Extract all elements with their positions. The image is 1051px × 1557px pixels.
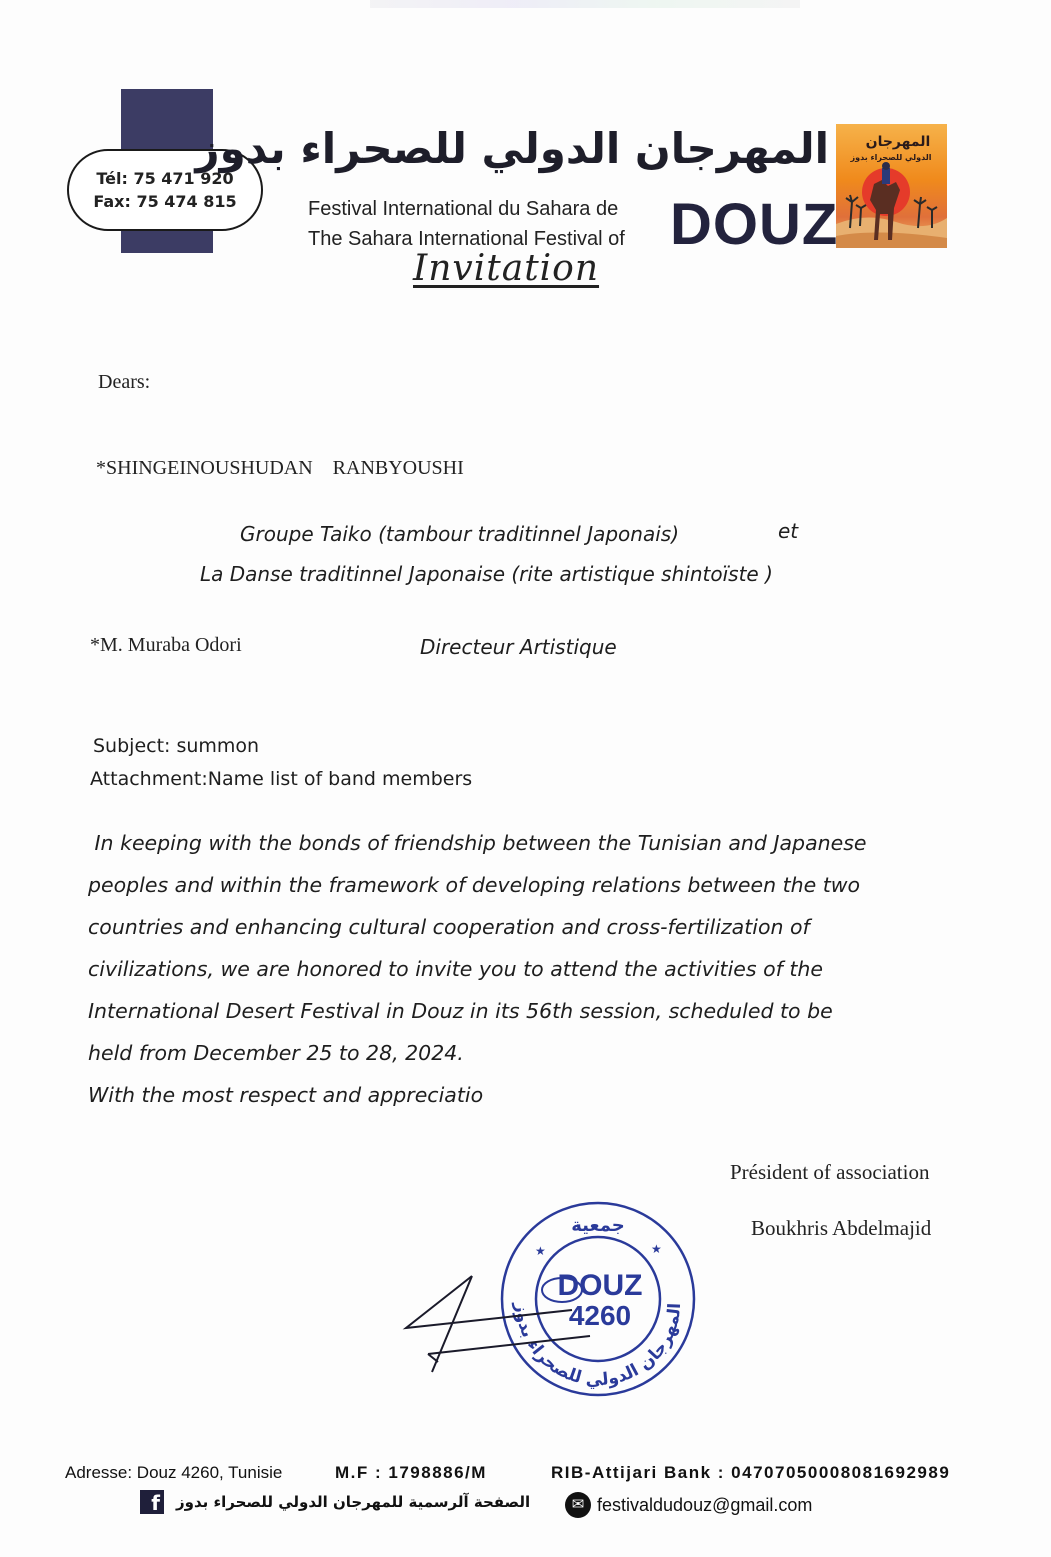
- person-name: *M. Muraba Odori: [90, 634, 242, 657]
- group-description-2: La Danse traditinnel Japonaise (rite art…: [200, 562, 773, 586]
- envelope-icon: ✉: [565, 1492, 591, 1518]
- signature-scribble-icon: [402, 1270, 602, 1380]
- body-line: In keeping with the bonds of friendship …: [88, 822, 958, 864]
- body-line: held from December 25 to 28, 2024.: [88, 1032, 958, 1074]
- email-address[interactable]: festivaldudouz@gmail.com: [597, 1495, 812, 1516]
- invitation-body: In keeping with the bonds of friendship …: [88, 822, 958, 1116]
- festival-logo: المهرجان الدولي للصحراء بدوز: [836, 124, 947, 248]
- stamp-star-icon: ★: [651, 1242, 662, 1256]
- handwritten-signature: [402, 1270, 602, 1384]
- french-festival-title: Festival International du Sahara de: [308, 198, 618, 221]
- body-line: civilizations, we are honored to invite …: [88, 948, 958, 990]
- body-line: With the most respect and appreciatio: [88, 1074, 958, 1116]
- subject-line: Subject: summon: [93, 735, 259, 757]
- douz-brand: DOUZ: [670, 196, 838, 254]
- salutation: Dears:: [98, 371, 150, 394]
- camel-desert-logo-icon: المهرجان الدولي للصحراء بدوز: [836, 124, 947, 248]
- svg-text:الدولي للصحراء بدوز: الدولي للصحراء بدوز: [850, 153, 932, 162]
- fax-number: Fax: 75 474 815: [93, 190, 236, 213]
- document-title: Invitation: [413, 248, 599, 289]
- stamp-star-icon: ★: [535, 1244, 546, 1258]
- signatory-name: Boukhris Abdelmajid: [751, 1216, 931, 1241]
- group-description-1: Groupe Taiko (tambour traditinnel Japona…: [240, 522, 679, 546]
- svg-text:المهرجان: المهرجان: [866, 134, 931, 150]
- group-description-and: et: [778, 519, 798, 543]
- facebook-page-label: الصفحة آلرسمية للمهرجان الدولي للصحراء ب…: [176, 1493, 530, 1511]
- footer-address: Adresse: Douz 4260, Tunisie: [65, 1463, 282, 1483]
- scan-artifact: [370, 0, 800, 8]
- body-line: peoples and within the framework of deve…: [88, 864, 958, 906]
- body-line: countries and enhancing cultural coopera…: [88, 906, 958, 948]
- arabic-festival-title: المهرجان الدولي للصحراء بدوز: [195, 124, 829, 173]
- group-name: *SHINGEINOUSHUDAN RANBYOUSHI: [96, 457, 464, 480]
- attachment-line: Attachment:Name list of band members: [90, 768, 472, 790]
- svg-text:جمعية: جمعية: [571, 1215, 624, 1236]
- footer-email[interactable]: ✉ festivaldudouz@gmail.com: [565, 1492, 812, 1518]
- footer-tax-id: M.F : 1798886/M: [335, 1463, 487, 1483]
- footer-bank-rib: RIB-Attijari Bank : 04707050008081692989: [551, 1463, 950, 1483]
- person-role: Directeur Artistique: [420, 635, 617, 659]
- footer-facebook[interactable]: f الصفحة آلرسمية للمهرجان الدولي للصحراء…: [140, 1490, 530, 1514]
- facebook-icon: f: [140, 1490, 164, 1514]
- signatory-title: Président of association: [730, 1160, 929, 1185]
- body-line: International Desert Festival in Douz in…: [88, 990, 958, 1032]
